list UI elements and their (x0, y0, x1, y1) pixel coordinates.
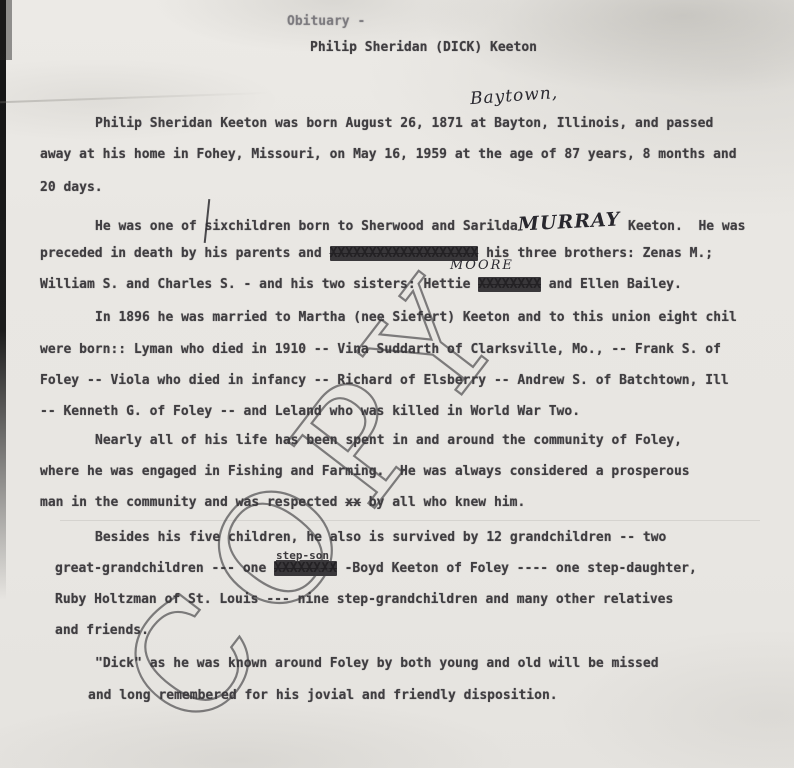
typed-line: Nearly all of his life has been spent in… (95, 433, 682, 448)
typed-line: William S. and Charles S. - and his two … (40, 277, 682, 292)
typed-segment: by all who knew him. (361, 495, 525, 510)
typed-line: where he was engaged in Fishing and Farm… (40, 464, 690, 479)
typed-line: man in the community and was respected x… (40, 495, 525, 510)
typed-line: great-grandchildren --- one XXXXXXXX -Bo… (55, 561, 697, 576)
typed-line: Philip Sheridan Keeton was born August 2… (95, 116, 713, 131)
paper-crease (60, 520, 760, 521)
typed-overstrike-redaction: XXXXXXXX (478, 277, 541, 292)
typed-segment: and Ellen Bailey. (541, 277, 682, 292)
paper-crease (0, 91, 300, 103)
typed-line: "Dick" as he was known around Foley by b… (95, 656, 659, 671)
typed-line: Besides his five children, he also is su… (95, 530, 666, 545)
handwritten-murray-annotation: MURRAY (517, 208, 621, 235)
typed-segment: William S. and Charles S. - and his two … (40, 277, 478, 292)
typed-segment: man in the community and was respected (40, 495, 345, 510)
typed-line: and long remembered for his jovial and f… (88, 688, 558, 703)
typed-overstrike-redaction: XXXXXXXX (274, 561, 337, 576)
typed-line: 20 days. (40, 180, 103, 195)
handwritten-baytown-annotation: Baytown, (469, 83, 558, 109)
typed-line: Ruby Holtzman of St. Louis --- nine step… (55, 592, 673, 607)
typed-line: Foley -- Viola who died in infancy -- Ri… (40, 373, 729, 388)
typed-segment: Keeton. He was (620, 219, 745, 234)
typed-line: away at his home in Fohey, Missouri, on … (40, 147, 737, 162)
typed-line: preceded in death by his parents and XXX… (40, 246, 713, 261)
typed-segment: He was one of sixchildren born to Sherwo… (95, 219, 518, 234)
typed-line: In 1896 he was married to Martha (nee Si… (95, 310, 737, 325)
typed-line: -- Kenneth G. of Foley -- and Leland who… (40, 404, 580, 419)
scanned-obituary-page: Obituary - Philip Sheridan (DICK) Keeton… (0, 0, 794, 768)
typed-segment: preceded in death by his parents and (40, 246, 330, 261)
typed-line: He was one of sixchildren born to Sherwo… (95, 213, 745, 235)
typed-line: and friends. (55, 623, 149, 638)
scan-edge-artifact (0, 0, 6, 600)
typed-struck-xx: xx (345, 495, 361, 510)
scan-edge-artifact-corner (0, 0, 12, 60)
obituary-label: Obituary - (287, 14, 365, 29)
handwritten-moore-annotation: MOORE (450, 258, 514, 273)
typed-segment: -Boyd Keeton of Foley ---- one step-daug… (337, 561, 697, 576)
page-title: Philip Sheridan (DICK) Keeton (310, 40, 537, 55)
typed-segment: great-grandchildren --- one (55, 561, 274, 576)
typed-line: were born:: Lyman who died in 1910 -- Vi… (40, 342, 721, 357)
